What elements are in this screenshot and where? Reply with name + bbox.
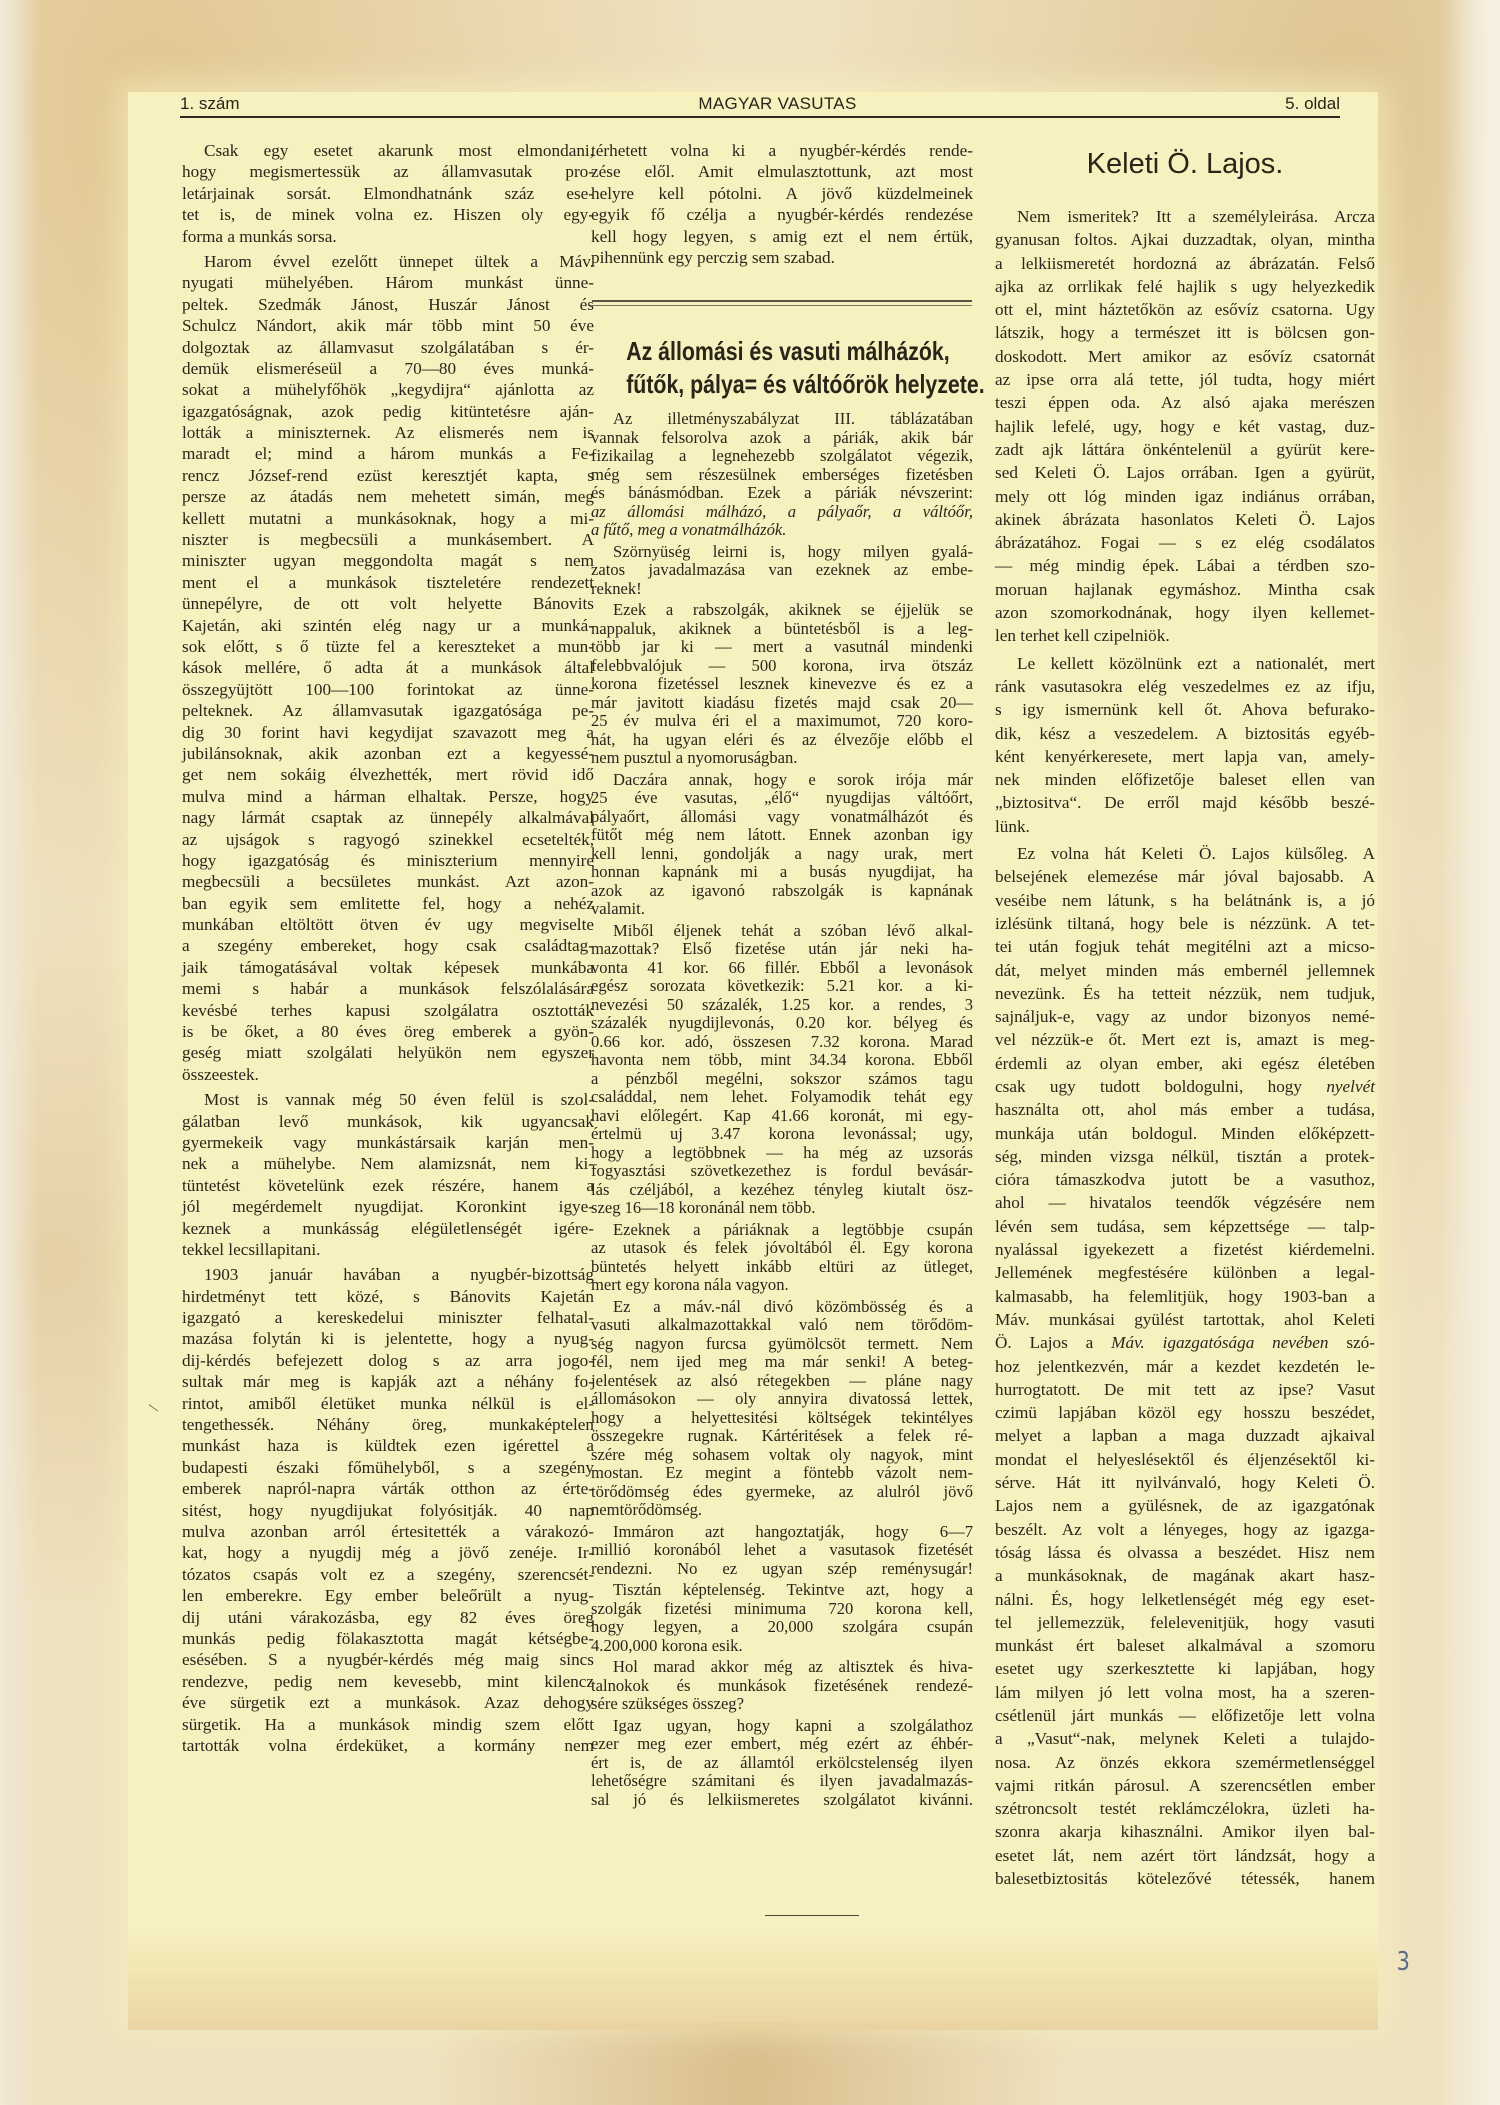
text-line: törődömség édes gyermeke, az alulról jöv… bbox=[591, 1483, 973, 1502]
text-line: igazgatóságnak, azok pedig kitüntetésre … bbox=[182, 401, 594, 422]
text-line: sére szükséges összeg? bbox=[591, 1695, 973, 1714]
text-line: Nem ismeritek? Itt a személyleirása. Arc… bbox=[995, 205, 1375, 228]
text-line: beszélt. Az volt a lényeges, hogy az iga… bbox=[995, 1518, 1375, 1541]
text-line: sed Keleti Ö. Lajos orrában. Igen a gyür… bbox=[995, 461, 1375, 484]
text-line: s igy ismernünk kell őt. Ahova befurako- bbox=[995, 698, 1375, 721]
text-line: tengethessék. Néhány öreg, munkaképtelen bbox=[182, 1414, 594, 1435]
text-line: vannak felsorolva azok a páriák, akik bá… bbox=[591, 429, 973, 448]
text-line: havi előlegért. Kap 41.66 koronát, mi eg… bbox=[591, 1107, 973, 1126]
text-line: ránk vasutasokra elég veszedelmes ez az … bbox=[995, 675, 1375, 698]
text-line: tel jellemezzük, felelevenitjük, hogy va… bbox=[995, 1611, 1375, 1634]
text-line: veséibe nem látunk, s ha belátnánk is, a… bbox=[995, 889, 1375, 912]
text-line: Tisztán képtelenség. Tekintve azt, hogy … bbox=[591, 1581, 973, 1600]
text-line: sitést, hogy nyugdijukat folyósitják. 40… bbox=[182, 1500, 594, 1521]
text-line: persze az átadás nem mehetett simán, meg bbox=[182, 486, 594, 507]
text-line: pelteknek. Az államvasutak igazgatósága … bbox=[182, 700, 594, 721]
text-line: sajnáljuk-e, vagy az undor bizonyos nemé… bbox=[995, 1005, 1375, 1028]
text-line: len emberekre. Egy ember beleőrült a nyu… bbox=[182, 1585, 594, 1606]
text-line: nem pusztul a nyomoruságban. bbox=[591, 749, 973, 768]
text-line: vonta 41 kor. 66 fillér. Ebből a levonás… bbox=[591, 959, 973, 978]
text-line: fütőt még nem látott. Ennek azonban igy bbox=[591, 826, 973, 845]
text-line: a szegény embereket, hogy csak családtag… bbox=[182, 935, 594, 956]
text-line: éve sürgetik ezt a munkások. Azaz dehogy bbox=[182, 1692, 594, 1713]
text-line: niszter is megbecsüli a munkásembert. A bbox=[182, 529, 594, 550]
text-line: dij-kérdés befejezett dolog s az arra jo… bbox=[182, 1350, 594, 1371]
text-line: nyalással igyekezett a fizetést kiérdeme… bbox=[995, 1238, 1375, 1261]
text-line: maradt el; mind a három munkás a Fe- bbox=[182, 443, 594, 464]
text-line: mondat el helyeslésektől és éljenzésektő… bbox=[995, 1448, 1375, 1471]
text-line: munkást ért baleset alkalmával a szomoru bbox=[995, 1634, 1375, 1657]
paper-bottom-stain bbox=[128, 1930, 1378, 2030]
masthead-title: MAGYAR VASUTAS bbox=[180, 94, 1375, 114]
text-line: 0.66 kor. adó, összesen 7.32 korona. Mar… bbox=[591, 1033, 973, 1052]
text-line: összegekre rugnak. Kártéritések a felek … bbox=[591, 1427, 973, 1446]
text-line: korona fizetéssel lesznek kinevezve és e… bbox=[591, 675, 973, 694]
text-line: rencz József-rend ezüst keresztjét kapta… bbox=[182, 465, 594, 486]
middle-column-continuation: térhetett volna ki a nyugbér-kérdés rend… bbox=[591, 140, 973, 268]
text-line: szeg 16—18 koronánál nem több. bbox=[591, 1199, 973, 1218]
text-line: akinek ábrázata hasonlatos Keleti Ö. Laj… bbox=[995, 508, 1375, 531]
text-line: látszik, hogy a természet itt is bölcsen… bbox=[995, 321, 1375, 344]
text-line: mulva azonban arról értesitették a várak… bbox=[182, 1521, 594, 1542]
page-number: 5. oldal bbox=[1285, 94, 1340, 114]
text-line: forma a munkás sorsa. bbox=[182, 226, 594, 247]
text-line: ezer meg ezer embert, még ezért az éhbér… bbox=[591, 1735, 973, 1754]
article-end-rule bbox=[765, 1915, 859, 1916]
text-line: peltek. Szedmák Jánost, Huszár Jánost és bbox=[182, 294, 594, 315]
text-line: Daczára annak, hogy e sorok irója már bbox=[591, 771, 973, 790]
text-line: Le kellett közölnünk ezt a nationalét, m… bbox=[995, 652, 1375, 675]
text-line: nek a mühelybe. Nem alamizsnát, nem ki- bbox=[182, 1153, 594, 1174]
text-line: 25 éve vasutas, „élő“ nyugdijas váltóőrt… bbox=[591, 789, 973, 808]
text-line: ment el a munkások tiszteletére rendezet… bbox=[182, 572, 594, 593]
text-line: izlésünk tiltaná, hogy bele is nézzünk. … bbox=[995, 912, 1375, 935]
text-line: ért is, de az államtól erkölcstelenség i… bbox=[591, 1754, 973, 1773]
text-line: egyik fő czélja a nyugbér-kérdés rendezé… bbox=[591, 204, 973, 225]
text-line: fogyasztási szövetkezethez is fordul bev… bbox=[591, 1162, 973, 1181]
text-line: vel nézzük-e őt. Mert ezt is, amazt is m… bbox=[995, 1028, 1375, 1051]
text-line: esetet ugy szerkesztette ki lapjában, ho… bbox=[995, 1657, 1375, 1680]
text-line: szétroncsolt testét reklámczélokra, üzle… bbox=[995, 1797, 1375, 1820]
text-line: a lelkiismeretét hordozná az ábrázatán. … bbox=[995, 252, 1375, 275]
text-line: rintot, amiből életüket munka nélkül is … bbox=[182, 1393, 594, 1414]
text-line: tartották volna érdeküket, a kormány nem bbox=[182, 1735, 594, 1756]
text-line: jól megérdemelt nyugdijat. Koronkint igy… bbox=[182, 1196, 594, 1217]
text-line: tei után fogjuk tehát megitélni azt a mi… bbox=[995, 935, 1375, 958]
text-line: összegyüjtött 100—100 forintokat az ünne… bbox=[182, 679, 594, 700]
text-line: hogy megismertessük az államvasutak pro- bbox=[182, 161, 594, 182]
headline-line: fűtők, pálya= és váltóőrök helyzete. bbox=[626, 368, 938, 401]
text-line: az ujságok s ragyogó szinekkel ecsetelté… bbox=[182, 829, 594, 850]
text-line: százalék nyugdijlevonás, 0.20 kor. bélye… bbox=[591, 1014, 973, 1033]
text-line: nappaluk, akiknek a büntetésből is a leg… bbox=[591, 620, 973, 639]
text-line: ség, minden vizsga nélkül, tisztán a pro… bbox=[995, 1145, 1375, 1168]
text-line: térhetett volna ki a nyugbér-kérdés rend… bbox=[591, 140, 973, 161]
text-line: több jar ki — mert a vasutnál mindenki bbox=[591, 638, 973, 657]
text-line: nálni. És, hogy lelketlenségét még egy e… bbox=[995, 1588, 1375, 1611]
text-line: ajka az orrlikak felé hajlik s ugy helye… bbox=[995, 275, 1375, 298]
text-line: moruan hajlanak egymáshoz. Mintha csak bbox=[995, 578, 1375, 601]
text-line: családdal, nem lehet. Folyamodik tehát e… bbox=[591, 1088, 973, 1107]
text-line: azon szomorkodnának, hogy ilyen kellemet… bbox=[995, 601, 1375, 624]
text-line: az állomási málházó, a pályaőr, a váltóő… bbox=[591, 503, 973, 522]
text-line: kalmasabb, ha felemlitjük, hogy 1903-ban… bbox=[995, 1285, 1375, 1308]
page-header: 1. szám MAGYAR VASUTAS 5. oldal bbox=[180, 88, 1375, 118]
text-line: rendezve, pedig nem kevesebb, mint kilen… bbox=[182, 1671, 594, 1692]
text-line: kell lenni, gondolják a nagy urak, mert bbox=[591, 845, 973, 864]
text-line: az utasok és felek jóvoltából él. Egy ko… bbox=[591, 1239, 973, 1258]
text-line: gálatban levő munkások, kik ugyancsak bbox=[182, 1111, 594, 1132]
text-line: tekkel lecsillapitani. bbox=[182, 1239, 594, 1260]
text-line: mazottak? Első fizetése után jár neki ha… bbox=[591, 940, 973, 959]
text-line: használta ott, ahol más ember a tudása, bbox=[995, 1098, 1375, 1121]
text-line: len terhet kell czipelniök. bbox=[995, 624, 1375, 647]
article-headline: Az állomási és vasuti málházók,fűtők, pá… bbox=[626, 335, 938, 401]
text-line: miniszter ugyan meggondolta magát s nem bbox=[182, 550, 594, 571]
text-line: szére még sohasem voltak oly nagyok, min… bbox=[591, 1446, 973, 1465]
text-line: doskodott. Mert amikor az esővíz csatorn… bbox=[995, 345, 1375, 368]
text-line: tet is, de minek volna ez. Hiszen oly eg… bbox=[182, 204, 594, 225]
text-line: melyet a lapban a maga duzzadt ajkaival bbox=[995, 1424, 1375, 1447]
torn-right-edge bbox=[1440, 0, 1500, 2105]
text-line: nagy lármát csaptak az ünnepély alkalmáv… bbox=[182, 807, 594, 828]
text-line: Harom évvel ezelőtt ünnepet ültek a Máv. bbox=[182, 251, 594, 272]
text-line: Most is vannak még 50 éven felül is szol… bbox=[182, 1089, 594, 1110]
text-line: sal jó és lelkiismeretes szolgálatot kiv… bbox=[591, 1791, 973, 1810]
text-line: teszi éppen oda. Az alsó ajaka merészen bbox=[995, 391, 1375, 414]
text-line: összeestek. bbox=[182, 1064, 594, 1085]
text-line: keznek a munkásság elégületlenségét igér… bbox=[182, 1218, 594, 1239]
text-line: Szörnyüség leirni is, hogy milyen gyalá- bbox=[591, 543, 973, 562]
text-line: csak ugy tudott boldogulni, hogy nyelvét bbox=[995, 1075, 1375, 1098]
text-line: havonta nem több, mint 34.34 korona. Ebb… bbox=[591, 1051, 973, 1070]
text-line: ábrázatához. Fogai — s ez elég csodálato… bbox=[995, 531, 1375, 554]
text-line: hogy a legtöbbnek — ha még az uzsorás bbox=[591, 1144, 973, 1163]
text-line: — még mindig épek. Lábai a térdben szo- bbox=[995, 554, 1375, 577]
text-line: cióra támaszkodva jutott be a vasuthoz, bbox=[995, 1168, 1375, 1191]
text-line: valamit. bbox=[591, 900, 973, 919]
text-line: dig 30 forint havi kegydijat szavazott m… bbox=[182, 722, 594, 743]
text-line: ott el, mint háztetőkön az esővíz csator… bbox=[995, 298, 1375, 321]
text-line: „biztositva“. De erről majd később beszé… bbox=[995, 791, 1375, 814]
text-line: czimü lapjában közöl egy hosszu beszédet… bbox=[995, 1401, 1375, 1424]
right-column-article-body: Nem ismeritek? Itt a személyleirása. Arc… bbox=[995, 205, 1375, 1890]
text-line: sok előtt, s ő tüzte fel a kereszteket a… bbox=[182, 636, 594, 657]
text-line: Kajetán, aki szintén elég nagy ur a munk… bbox=[182, 615, 594, 636]
text-line: ség nagyon furcsa gyümölcsöt termett. Ne… bbox=[591, 1335, 973, 1354]
text-line: tóság lássa és olvassa a beszédet. Hisz … bbox=[995, 1541, 1375, 1564]
text-line: mely ott lóg minden igaz indiánus orrába… bbox=[995, 485, 1375, 508]
text-line: Hol marad akkor még az altisztek és hiva… bbox=[591, 1658, 973, 1677]
text-line: hogy legyen, a 20,000 szolgára csupán bbox=[591, 1618, 973, 1637]
text-line: munkást haza is küldtek ezen igérettel a bbox=[182, 1435, 594, 1456]
text-line: büntetés helyett inkább eltüri az ütlege… bbox=[591, 1258, 973, 1277]
text-line: érdemli az olyan ember, aki egész életéb… bbox=[995, 1052, 1375, 1075]
text-line: jelentések az alsó rétegekben — pláne na… bbox=[591, 1372, 973, 1391]
text-line: értelmü uj 3.47 korona levonással; ugy, bbox=[591, 1125, 973, 1144]
text-line: lünk. bbox=[995, 815, 1375, 838]
text-line: hirdetményt tett közé, s Bánovits Kajetá… bbox=[182, 1286, 594, 1307]
text-line: nát, ha ugyan eléri és az élvezője előbb… bbox=[591, 731, 973, 750]
text-line: geség miatt szolgálati helyükön nem egys… bbox=[182, 1042, 594, 1063]
text-line: ban egyik sem emlitette fel, hogy a nehé… bbox=[182, 893, 594, 914]
text-line: pihennünk egy perczig sem szabad. bbox=[591, 247, 973, 268]
text-line: fél, nem ijed meg ma már senki! A beteg- bbox=[591, 1353, 973, 1372]
text-line: hoz jelentkezvén, már a kezdet kezdetén … bbox=[995, 1355, 1375, 1378]
text-line: helyre kell pótolni. A jövő küzdelmeinek bbox=[591, 183, 973, 204]
text-line: esetet lát, nem azért tört lándzsát, hog… bbox=[995, 1844, 1375, 1867]
text-line: belsejének elemezése már jóval bajosabb.… bbox=[995, 865, 1375, 888]
text-line: nek minden előfizetője baleset ellen van bbox=[995, 768, 1375, 791]
text-line: már javitott kiadásu fizetés majd csak 2… bbox=[591, 694, 973, 713]
text-line: nosa. Az önzés ekkora szemérmetlenséggel bbox=[995, 1751, 1375, 1774]
text-line: munkás pedig fölakasztotta magát kétségb… bbox=[182, 1628, 594, 1649]
text-line: vajmi ritkán párosul. A szerencsétlen em… bbox=[995, 1774, 1375, 1797]
header-rule bbox=[180, 116, 1340, 118]
text-line: lehetőségre számitani és ilyen javadalma… bbox=[591, 1772, 973, 1791]
text-line: lották a miniszternek. Az elismerés nem … bbox=[182, 422, 594, 443]
text-line: és bánásmódban. Ezek a páriák névszerint… bbox=[591, 484, 973, 503]
text-line: zadt ajk láttára önkéntelenül a gyürüt k… bbox=[995, 438, 1375, 461]
text-line: balesetbiztositás kötelezővé tétessék, h… bbox=[995, 1867, 1375, 1890]
text-line: a munkásoknak, de magának akart hasz- bbox=[995, 1564, 1375, 1587]
text-line: budapesti északi főmühelyből, s a szegén… bbox=[182, 1457, 594, 1478]
text-line: Ez volna hát Keleti Ö. Lajos külsőleg. A bbox=[995, 842, 1375, 865]
text-line: Lajos nem a gyülésnek, de az igazgatónak bbox=[995, 1494, 1375, 1517]
text-line: szonra akarja kihasználni. Amikor ilyen … bbox=[995, 1820, 1375, 1843]
text-line: állomásokon — oly annyira divatossá lett… bbox=[591, 1390, 973, 1409]
text-line: dát, melyet minden más embernél jellemne… bbox=[995, 959, 1375, 982]
text-line: Miből éljenek tehát a szóban lévő alkal- bbox=[591, 922, 973, 941]
text-line: ahol — hivatalos teendők végzésére nem bbox=[995, 1191, 1375, 1214]
text-line: mert egy korona nála vagyon. bbox=[591, 1276, 973, 1295]
text-line: nevezési 50 százalék, 1.25 kor. a rendes… bbox=[591, 996, 973, 1015]
text-line: lás czéljából, a kezéhez tényleg kiutalt… bbox=[591, 1181, 973, 1200]
text-line: mulva mind a hárman elhaltak. Persze, ho… bbox=[182, 786, 594, 807]
text-line: kások mellére, ő adta át a munkások álta… bbox=[182, 657, 594, 678]
text-line: is be őket, a 80 éves öreg emberek a gyö… bbox=[182, 1021, 594, 1042]
article-separator-rule bbox=[592, 300, 972, 306]
text-line: gyermekeik vagy munkástársaik karján men… bbox=[182, 1132, 594, 1153]
text-line: ünnepélyre, de ott volt helyette Bánovit… bbox=[182, 593, 594, 614]
text-line: mazása folytán ki is jelentette, hogy a … bbox=[182, 1328, 594, 1349]
headline-line: Az állomási és vasuti málházók, bbox=[626, 335, 938, 368]
text-line: esésében. S a nyugbér-kérdés még maig si… bbox=[182, 1649, 594, 1670]
text-line: a „Vasut“-nak, melynek Keleti a tulajdo- bbox=[995, 1727, 1375, 1750]
text-line: millió koronából lehet a vasutasok fizet… bbox=[591, 1541, 973, 1560]
text-line: Igaz ugyan, hogy kapni a szolgálathoz bbox=[591, 1717, 973, 1736]
text-line: Immáron azt hangoztatják, hogy 6—7 bbox=[591, 1523, 973, 1542]
text-line: hajlik lefelé, ugy, hogy e két vastag, d… bbox=[995, 415, 1375, 438]
text-line: a pénzből megélni, sokszor számos tagu bbox=[591, 1070, 973, 1089]
text-line: azok az igavonó rabszolgák is kapnának bbox=[591, 882, 973, 901]
text-line: az ipse orra alá tette, jól tudta, hogy … bbox=[995, 368, 1375, 391]
text-line: reknek! bbox=[591, 580, 973, 599]
text-line: ként kenyérkeresete, mert lapja van, ame… bbox=[995, 745, 1375, 768]
text-line: demük elismeréseül a 70—80 éves munká- bbox=[182, 358, 594, 379]
text-line: a fűtő, meg a vonatmálházók. bbox=[591, 521, 973, 540]
text-line: Ezeknek a páriáknak a legtöbbje csupán bbox=[591, 1221, 973, 1240]
text-line: sürgetik. Ha a munkások mindig szem előt… bbox=[182, 1714, 594, 1735]
text-line: felebbvalójuk — 500 korona, irva ötszáz bbox=[591, 657, 973, 676]
torn-left-edge bbox=[0, 0, 40, 2105]
text-line: lévén sem tudása, sem képzettsége — talp… bbox=[995, 1215, 1375, 1238]
text-line: kell hogy legyen, s amig ezt el nem értü… bbox=[591, 226, 973, 247]
text-line: rendezni. No ez ugyan szép reménysugár! bbox=[591, 1560, 973, 1579]
text-line: Az illetményszabályzat III. táblázatában bbox=[591, 410, 973, 429]
text-line: gyanusan foltos. Ajkai duzzadtak, olyan,… bbox=[995, 228, 1375, 251]
text-line: vasuti alkalmazottakkal való nem törődöm… bbox=[591, 1316, 973, 1335]
text-line: szolgák fizetési minimuma 720 korona kel… bbox=[591, 1600, 973, 1619]
handwritten-page-mark: 3 bbox=[1397, 1947, 1410, 1977]
text-line: mostan. Ez megint a föntebb vázolt nem- bbox=[591, 1464, 973, 1483]
text-line: honnan kapnánk mi a busás nyugdijat, ha bbox=[591, 863, 973, 882]
text-line: tózatos csapás volt ez a szegény, szeren… bbox=[182, 1564, 594, 1585]
text-line: letárjainak sorsát. Elmondhatnánk száz e… bbox=[182, 183, 594, 204]
text-line: csétlenül járt munkás — előfizetője lett… bbox=[995, 1704, 1375, 1727]
text-line: memi s habár a munkások felszólalására bbox=[182, 978, 594, 999]
text-line: egész sorozata következik: 5.21 kor. a k… bbox=[591, 977, 973, 996]
middle-column-article-body: Az illetményszabályzat III. táblázatában… bbox=[591, 410, 973, 1809]
text-line: Csak egy esetet akarunk most elmondani, bbox=[182, 140, 594, 161]
text-line: sérve. Hát itt nyilvánvaló, hogy Keleti … bbox=[995, 1471, 1375, 1494]
text-line: 25 év mulva éri el a maximumot, 720 koro… bbox=[591, 712, 973, 731]
text-line: Ö. Lajos a Máv. igazgatósága nevében szó… bbox=[995, 1331, 1375, 1354]
text-line: hurrogtatott. De mit tett az ipse? Vasut bbox=[995, 1378, 1375, 1401]
text-line: dij utáni várakozásba, egy 82 éves öreg bbox=[182, 1607, 594, 1628]
text-line: hogy igazgatóság és miniszterium mennyir… bbox=[182, 850, 594, 871]
text-line: kellett mutatni a munkásoknak, hogy a mi… bbox=[182, 508, 594, 529]
left-column-text: Csak egy esetet akarunk most elmondani,h… bbox=[182, 140, 594, 1756]
text-line: sokat a mühelyfőhök „kegydijra“ ajánlott… bbox=[182, 379, 594, 400]
text-line: megbecsüli a becsületes munkást. Azt azo… bbox=[182, 871, 594, 892]
text-line: 1903 január havában a nyugbér-bizottság bbox=[182, 1264, 594, 1285]
text-line: sultak már meg is kapják azt a néhány fo… bbox=[182, 1371, 594, 1392]
text-line: Schulcz Nándort, akik már több mint 50 é… bbox=[182, 315, 594, 336]
text-line: emberek napról-napra várták otthon az ér… bbox=[182, 1478, 594, 1499]
text-line: lám milyen jó lett volna most, ha a szer… bbox=[995, 1681, 1375, 1704]
text-line: get nem sokáig élvezhették, mert rövid i… bbox=[182, 764, 594, 785]
text-line: dolgoztak az államvasut szolgálatában s … bbox=[182, 337, 594, 358]
right-article-title: Keleti Ö. Lajos. bbox=[995, 148, 1375, 181]
text-line: munkában eltöltött ötven év ugy megvisel… bbox=[182, 914, 594, 935]
text-line: zése elől. Amit elmulasztottunk, azt mos… bbox=[591, 161, 973, 182]
text-line: zatos javadalmazása van ezeknek az embe- bbox=[591, 561, 973, 580]
text-line: kat, hogy a nyugdij még a jövő zenéje. I… bbox=[182, 1542, 594, 1563]
text-line: igazgató a kereskedelui miniszter felhat… bbox=[182, 1307, 594, 1328]
text-line: kevésbé terhes kapusi szolgálatra osztot… bbox=[182, 1000, 594, 1021]
text-line: pályaőrt, állomási vagy vonatmálházót és bbox=[591, 808, 973, 827]
text-line: fizikailag a legnehezebb szolgálatot vég… bbox=[591, 447, 973, 466]
text-line: Jellemének megfestésére különben a legal… bbox=[995, 1261, 1375, 1284]
text-line: nyugati mühelyében. Három munkást ünne- bbox=[182, 272, 594, 293]
text-line: jubilánsoknak, akik azonban ezt a kegyes… bbox=[182, 743, 594, 764]
text-line: 4.200,000 korona esik. bbox=[591, 1637, 973, 1656]
text-line: Ez a máv.-nál divó közömbösség és a bbox=[591, 1298, 973, 1317]
text-line: talnokok és munkások fizetésének rendezé… bbox=[591, 1677, 973, 1696]
text-line: Ezek a rabszolgák, akiknek se éjjelük se bbox=[591, 601, 973, 620]
text-line: munkája után boldogul. Minden előképzett… bbox=[995, 1122, 1375, 1145]
text-line: dik, kész a veszedelem. A biztositás egy… bbox=[995, 722, 1375, 745]
text-line: hogy a helyettesitési költségek tekintél… bbox=[591, 1409, 973, 1428]
text-line: nevezünk. És ha tetteit nézzük, nem tudj… bbox=[995, 982, 1375, 1005]
text-line: nemtörődömség. bbox=[591, 1501, 973, 1520]
text-line: még sem részesülnek emberséges fizetésbe… bbox=[591, 466, 973, 485]
text-line: jaik támogatásával voltak képesek munkáb… bbox=[182, 957, 594, 978]
text-line: tüntetést követelünk ezek részére, hanem… bbox=[182, 1175, 594, 1196]
text-line: Máv. munkásai gyülést tartottak, ahol Ke… bbox=[995, 1308, 1375, 1331]
